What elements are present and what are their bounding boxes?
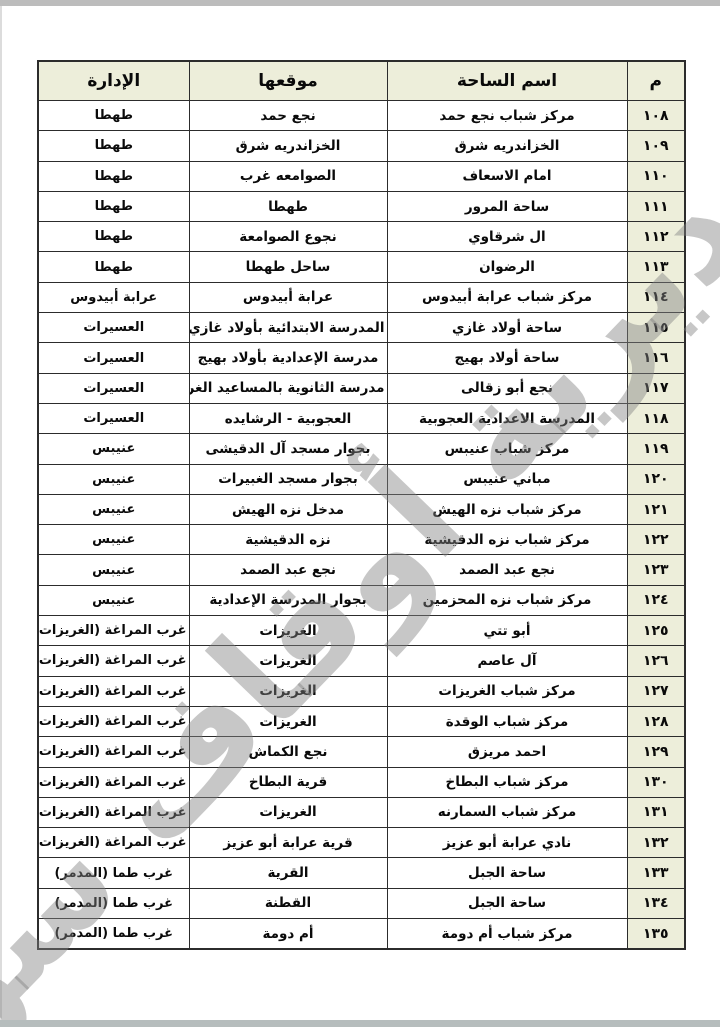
cell-admin: عنيبس (38, 525, 189, 555)
cell-num: ١٣٢ (627, 828, 685, 858)
cell-num: ١٠٩ (627, 131, 685, 161)
cell-admin: غرب طما (المدمر) (38, 858, 189, 888)
header-cell-location: موقعها (189, 61, 387, 101)
cell-admin: عنيبس (38, 555, 189, 585)
sahat-list-table: م اسم الساحة موقعها الإدارة ١٠٨مركز شباب… (37, 60, 686, 950)
cell-num: ١٣٤ (627, 888, 685, 918)
table-row: ١٢٧مركز شباب الغريزاتالغريزاتغرب المراغة… (38, 676, 685, 706)
table-row: ١٢٩احمد مريزقنجع الكماشغرب المراغة (الغر… (38, 737, 685, 767)
cell-admin: طهطا (38, 131, 189, 161)
cell-name: ال شرقاوي (387, 222, 627, 252)
cell-name: ساحة الجبل (387, 858, 627, 888)
cell-admin: غرب المراغة (الغريزات) (38, 737, 189, 767)
cell-admin: غرب طما (المدمر) (38, 888, 189, 918)
cell-num: ١١٣ (627, 252, 685, 282)
table-row: ١٢٥أبو تتيالغريزاتغرب المراغة (الغريزات) (38, 616, 685, 646)
table-header-row: م اسم الساحة موقعها الإدارة (38, 61, 685, 101)
cell-name: مركز شباب السمارنه (387, 797, 627, 827)
cell-admin: غرب المراغة (الغريزات) (38, 616, 189, 646)
cell-num: ١١٩ (627, 434, 685, 464)
cell-location: نجوع الصوامعة (189, 222, 387, 252)
cell-admin: غرب المراغة (الغريزات) (38, 706, 189, 736)
cell-name: أبو تتي (387, 616, 627, 646)
cell-admin: العسيرات (38, 403, 189, 433)
table-row: ١٢٤مركز شباب نزه المحزمينبجوار المدرسة ا… (38, 585, 685, 615)
cell-name: مركز شباب عنيبس (387, 434, 627, 464)
table-row: ١٢٢مركز شباب نزه الدقيشيةنزه الدقيشيةعني… (38, 525, 685, 555)
scanned-document-page: م اسم الساحة موقعها الإدارة ١٠٨مركز شباب… (0, 0, 720, 1027)
cell-location: الغريزات (189, 797, 387, 827)
table-row: ١١٩مركز شباب عنيبسبجوار مسجد آل الدقيشىع… (38, 434, 685, 464)
table-row: ١١٢ال شرقاوينجوع الصوامعةطهطا (38, 222, 685, 252)
cell-location: المدرسة الابتدائية بأولاد غازي (189, 313, 387, 343)
cell-admin: طهطا (38, 252, 189, 282)
cell-name: الرضوان (387, 252, 627, 282)
table-row: ١٣٠مركز شباب البطاخقرية البطاخغرب المراغ… (38, 767, 685, 797)
cell-location: مدخل نزه الهيش (189, 494, 387, 524)
cell-num: ١١٧ (627, 373, 685, 403)
cell-location: الخزاندريه شرق (189, 131, 387, 161)
cell-name: ساحة أولاد بهيج (387, 343, 627, 373)
table-row: ١١١ساحة المرورطهطاطهطا (38, 191, 685, 221)
cell-location: ساحل طهطا (189, 252, 387, 282)
table-row: ١١٨المدرسة الاعدادية العجوبيةالعجوبية - … (38, 403, 685, 433)
cell-num: ١٢٧ (627, 676, 685, 706)
cell-location: مدرسة الثانوية بالمساعيد الغربية (189, 373, 387, 403)
cell-num: ١٢٩ (627, 737, 685, 767)
cell-num: ١٠٨ (627, 101, 685, 131)
cell-admin: طهطا (38, 161, 189, 191)
cell-admin: عنيبس (38, 585, 189, 615)
table-row: ١١٧نجع أبو زقالىمدرسة الثانوية بالمساعيد… (38, 373, 685, 403)
header-cell-num: م (627, 61, 685, 101)
table-row: ١٣٣ساحة الجبلالقريةغرب طما (المدمر) (38, 858, 685, 888)
cell-admin: عرابة أبيدوس (38, 282, 189, 312)
cell-location: القطنة (189, 888, 387, 918)
cell-location: أم دومة (189, 919, 387, 950)
cell-location: بجوار المدرسة الإعدادية (189, 585, 387, 615)
cell-admin: عنيبس (38, 464, 189, 494)
cell-admin: عنيبس (38, 494, 189, 524)
cell-name: امام الاسعاف (387, 161, 627, 191)
cell-location: القرية (189, 858, 387, 888)
cell-name: نجع عبد الصمد (387, 555, 627, 585)
cell-admin: طهطا (38, 191, 189, 221)
table-row: ١٣١مركز شباب السمارنهالغريزاتغرب المراغة… (38, 797, 685, 827)
cell-num: ١٢٨ (627, 706, 685, 736)
cell-name: ساحة الجبل (387, 888, 627, 918)
cell-admin: غرب المراغة (الغريزات) (38, 767, 189, 797)
cell-location: الغريزات (189, 646, 387, 676)
cell-name: مركز شباب عرابة أبيدوس (387, 282, 627, 312)
cell-admin: طهطا (38, 101, 189, 131)
cell-num: ١١٤ (627, 282, 685, 312)
cell-num: ١٢٦ (627, 646, 685, 676)
table-row: ١١٥ساحة أولاد غازيالمدرسة الابتدائية بأو… (38, 313, 685, 343)
table-row: ١٢٦آل عاصمالغريزاتغرب المراغة (الغريزات) (38, 646, 685, 676)
cell-name: مركز شباب نزه الدقيشية (387, 525, 627, 555)
cell-location: الغريزات (189, 676, 387, 706)
cell-name: مركز شباب أم دومة (387, 919, 627, 950)
cell-num: ١٣٥ (627, 919, 685, 950)
cell-location: عرابة أبيدوس (189, 282, 387, 312)
cell-num: ١١٥ (627, 313, 685, 343)
cell-location: طهطا (189, 191, 387, 221)
table-row: ١١٦ساحة أولاد بهيجمدرسة الإعدادية بأولاد… (38, 343, 685, 373)
cell-location: نجع الكماش (189, 737, 387, 767)
table-row: ١١٣الرضوانساحل طهطاطهطا (38, 252, 685, 282)
table-body: ١٠٨مركز شباب نجع حمدنجع حمدطهطا١٠٩الخزان… (38, 101, 685, 950)
table-row: ١٢١مركز شباب نزه الهيشمدخل نزه الهيشعنيب… (38, 494, 685, 524)
cell-num: ١٢٥ (627, 616, 685, 646)
cell-location: قرية البطاخ (189, 767, 387, 797)
header-cell-name: اسم الساحة (387, 61, 627, 101)
cell-admin: غرب المراغة (الغريزات) (38, 676, 189, 706)
cell-num: ١٢٠ (627, 464, 685, 494)
cell-location: العجوبية - الرشايده (189, 403, 387, 433)
cell-admin: غرب المراغة (الغريزات) (38, 828, 189, 858)
cell-num: ١٢٢ (627, 525, 685, 555)
cell-num: ١١٦ (627, 343, 685, 373)
header-cell-admin: الإدارة (38, 61, 189, 101)
cell-name: مركز شباب نزه الهيش (387, 494, 627, 524)
cell-num: ١٣١ (627, 797, 685, 827)
table-row: ١١٠امام الاسعافالصوامعه غربطهطا (38, 161, 685, 191)
cell-num: ١٣٠ (627, 767, 685, 797)
cell-location: مدرسة الإعدادية بأولاد بهيج (189, 343, 387, 373)
cell-admin: غرب المراغة (الغريزات) (38, 797, 189, 827)
cell-admin: العسيرات (38, 343, 189, 373)
table-row: ١١٤مركز شباب عرابة أبيدوسعرابة أبيدوسعرا… (38, 282, 685, 312)
cell-location: الغريزات (189, 616, 387, 646)
cell-location: الصوامعه غرب (189, 161, 387, 191)
cell-name: مركز شباب الغريزات (387, 676, 627, 706)
cell-admin: غرب المراغة (الغريزات) (38, 646, 189, 676)
cell-name: الخزاندريه شرق (387, 131, 627, 161)
cell-num: ١٢١ (627, 494, 685, 524)
table-row: ١٣٥مركز شباب أم دومةأم دومةغرب طما (المد… (38, 919, 685, 950)
cell-location: بجوار مسجد الغبيرات (189, 464, 387, 494)
cell-name: ساحة المرور (387, 191, 627, 221)
cell-location: نجع حمد (189, 101, 387, 131)
cell-location: نجع عبد الصمد (189, 555, 387, 585)
cell-admin: العسيرات (38, 373, 189, 403)
table-row: ١٣٤ساحة الجبلالقطنةغرب طما (المدمر) (38, 888, 685, 918)
scan-top-edge-bar (0, 0, 720, 6)
cell-admin: طهطا (38, 222, 189, 252)
cell-name: مركز شباب نجع حمد (387, 101, 627, 131)
cell-name: مركز شباب البطاخ (387, 767, 627, 797)
cell-num: ١٣٣ (627, 858, 685, 888)
cell-admin: عنيبس (38, 434, 189, 464)
cell-num: ١١٢ (627, 222, 685, 252)
cell-name: نادي عرابة أبو عزيز (387, 828, 627, 858)
cell-name: نجع أبو زقالى (387, 373, 627, 403)
cell-name: ساحة أولاد غازي (387, 313, 627, 343)
cell-location: الغريزات (189, 706, 387, 736)
scan-bottom-edge-bar (0, 1020, 720, 1027)
table-row: ١٢٠مباني عنيبسبجوار مسجد الغبيراتعنيبس (38, 464, 685, 494)
cell-num: ١١٨ (627, 403, 685, 433)
cell-num: ١٢٣ (627, 555, 685, 585)
cell-admin: غرب طما (المدمر) (38, 919, 189, 950)
cell-admin: العسيرات (38, 313, 189, 343)
cell-name: احمد مريزق (387, 737, 627, 767)
cell-num: ١١٠ (627, 161, 685, 191)
cell-location: بجوار مسجد آل الدقيشى (189, 434, 387, 464)
cell-name: مركز شباب الوقدة (387, 706, 627, 736)
cell-name: المدرسة الاعدادية العجوبية (387, 403, 627, 433)
cell-name: مباني عنيبس (387, 464, 627, 494)
cell-location: نزه الدقيشية (189, 525, 387, 555)
cell-location: قرية عرابة أبو عزيز (189, 828, 387, 858)
cell-name: مركز شباب نزه المحزمين (387, 585, 627, 615)
table-row: ١٢٣نجع عبد الصمدنجع عبد الصمدعنيبس (38, 555, 685, 585)
scan-left-edge-line (0, 6, 2, 1020)
cell-num: ١٢٤ (627, 585, 685, 615)
table-row: ١٢٨مركز شباب الوقدةالغريزاتغرب المراغة (… (38, 706, 685, 736)
table-row: ١٠٨مركز شباب نجع حمدنجع حمدطهطا (38, 101, 685, 131)
cell-num: ١١١ (627, 191, 685, 221)
table-row: ١٣٢نادي عرابة أبو عزيزقرية عرابة أبو عزي… (38, 828, 685, 858)
table-row: ١٠٩الخزاندريه شرقالخزاندريه شرقطهطا (38, 131, 685, 161)
cell-name: آل عاصم (387, 646, 627, 676)
